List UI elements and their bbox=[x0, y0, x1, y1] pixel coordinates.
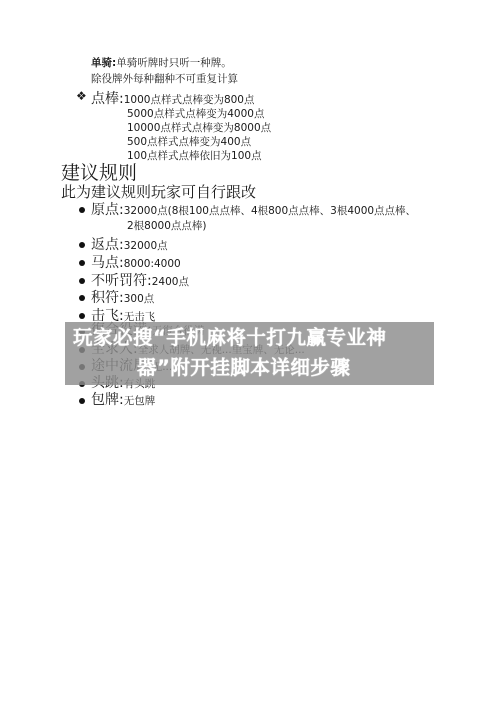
bullet-icon bbox=[79, 398, 85, 404]
danqi-note: 除役牌外每种翻种不可重复计算 bbox=[91, 71, 238, 86]
dianbang-line-2: 5000点样式点棒变为4000点 bbox=[127, 106, 264, 121]
bullet-icon bbox=[79, 313, 85, 319]
bullet-icon bbox=[79, 207, 85, 213]
rule-value: 32000点 bbox=[124, 240, 168, 252]
bullet-icon bbox=[79, 260, 85, 266]
bullet-icon bbox=[79, 278, 85, 284]
dianbang-label: 点棒: bbox=[91, 91, 124, 107]
rule-item-fandian: 返点:32000点 bbox=[91, 234, 168, 254]
rule-key: 包牌: bbox=[91, 392, 124, 408]
rule-item-baopai: 包牌:无包牌 bbox=[91, 389, 155, 409]
rule-value: 2400点 bbox=[152, 276, 189, 288]
dianbang-line-5: 100点样式点棒依旧为100点 bbox=[127, 148, 262, 163]
rule-value: 无包牌 bbox=[124, 395, 156, 407]
dianbang-line: 点棒:1000点样式点棒变为800点 bbox=[91, 88, 254, 108]
headline-line-1: 玩家必搜“手机麻将十打九赢专业神 bbox=[73, 326, 386, 349]
bullet-icon bbox=[79, 242, 85, 248]
diamond-bullet-icon: ❖ bbox=[76, 89, 87, 103]
document-page: 单骑:单骑听牌时只听一种牌。 除役牌外每种翻种不可重复计算 ❖ 点棒:1000点… bbox=[0, 0, 500, 707]
danqi-label: 单骑: bbox=[91, 57, 116, 69]
rule-value: 8000:4000 bbox=[124, 258, 181, 270]
rule-item-yuandian: 原点:32000点(8根100点点棒、4根800点点棒、3根4000点点棒、 bbox=[91, 199, 416, 219]
dianbang-line-4: 500点样式点棒变为400点 bbox=[127, 134, 251, 149]
rule-item-madian: 马点:8000:4000 bbox=[91, 252, 181, 272]
headline-line-2: 器”附开挂脚本详细步骤 bbox=[73, 353, 433, 383]
rule-item-yuandian-cont: 2根8000点点棒) bbox=[127, 218, 207, 233]
rule-value: 300点 bbox=[124, 293, 155, 305]
rule-key: 返点: bbox=[91, 237, 124, 253]
rule-key: 积符: bbox=[91, 290, 124, 306]
danqi-text: 单骑听牌时只听一种牌。 bbox=[116, 57, 232, 69]
dianbang-line-1: 1000点样式点棒变为800点 bbox=[124, 94, 255, 106]
rule-key: 马点: bbox=[91, 255, 124, 271]
dianbang-line-3: 10000点样式点棒变为8000点 bbox=[127, 120, 271, 135]
bullet-icon bbox=[79, 295, 85, 301]
rule-key: 原点: bbox=[91, 202, 124, 218]
danqi-line: 单骑:单骑听牌时只听一种牌。 bbox=[91, 55, 232, 70]
rule-value: 32000点(8根100点点棒、4根800点点棒、3根4000点点棒、 bbox=[124, 205, 416, 217]
headline-text: 玩家必搜“手机麻将十打九赢专业神 器”附开挂脚本详细步骤 bbox=[73, 323, 433, 383]
rule-item-jifu: 积符:300点 bbox=[91, 287, 154, 307]
